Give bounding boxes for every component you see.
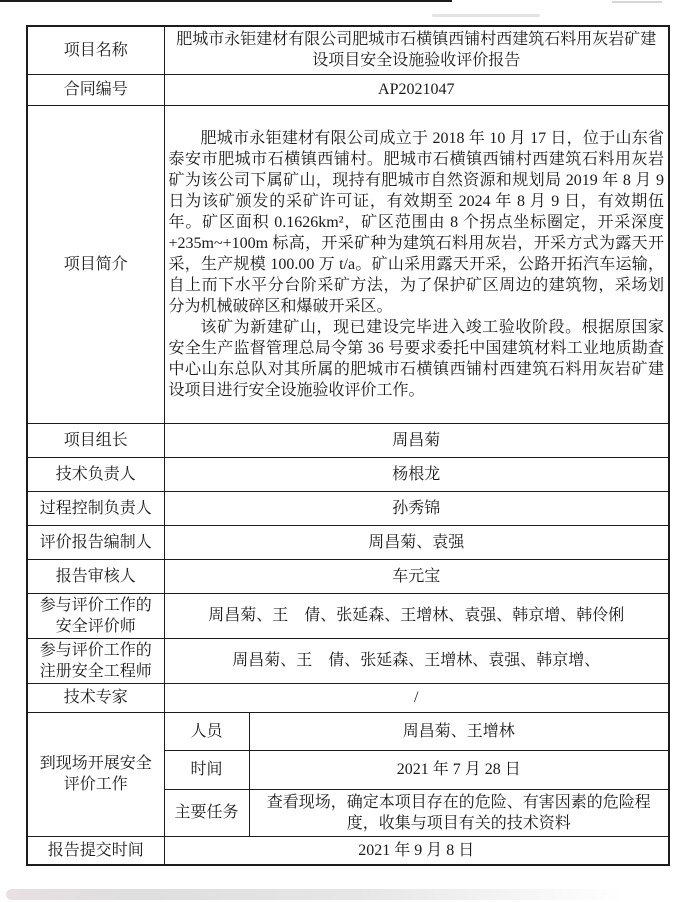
value-project-intro: 肥城市永钜建材有限公司成立于 2018 年 10 月 17 日，位于山东省泰安市… <box>164 105 669 423</box>
row-label-report-reviewer: 报告审核人 <box>27 559 164 593</box>
value-report-reviewer: 车元宝 <box>164 559 669 593</box>
scan-artifact-top-line <box>0 0 452 2</box>
value-site-personnel: 周昌菊、王增林 <box>249 712 669 750</box>
table-row: 技术负责人 杨根龙 <box>27 457 669 491</box>
table-row: 评价报告编制人 周昌菊、袁强 <box>27 525 669 559</box>
row-label-site-time: 时间 <box>164 750 249 789</box>
scan-artifact-smudge <box>612 1 662 3</box>
row-label-submit-time: 报告提交时间 <box>27 836 164 865</box>
value-tech-director: 杨根龙 <box>164 457 669 491</box>
value-project-leader: 周昌菊 <box>164 423 669 457</box>
table-row: 到现场开展安全评价工作 人员 周昌菊、王增林 <box>27 712 669 750</box>
scan-artifact-smudge <box>432 14 540 17</box>
row-label-tech-experts: 技术专家 <box>27 683 164 712</box>
row-label-report-compilers: 评价报告编制人 <box>27 525 164 559</box>
value-process-controller: 孙秀锦 <box>164 491 669 525</box>
row-label-site-personnel: 人员 <box>164 712 249 750</box>
value-submit-time: 2021 年 9 月 8 日 <box>164 836 669 865</box>
row-label-process-controller: 过程控制负责人 <box>27 491 164 525</box>
table-row: 合同编号 AP2021047 <box>27 74 669 105</box>
table-row: 过程控制负责人 孙秀锦 <box>27 491 669 525</box>
intro-paragraph-2: 该矿为新建矿山，现已建设完毕进入竣工验收阶段。根据原国家安全生产监督管理总局令第… <box>169 317 665 401</box>
table-row: 参与评价工作的安全评价师 周昌菊、王 倩、张延森、王增林、袁强、韩京增、韩伶俐 <box>27 593 669 638</box>
row-label-registered-engineers: 参与评价工作的注册安全工程师 <box>27 638 164 683</box>
row-label-site-main-task: 主要任务 <box>164 789 249 836</box>
table-row: 技术专家 / <box>27 683 669 712</box>
value-project-name: 肥城市永钜建材有限公司肥城市石横镇西铺村西建筑石料用灰岩矿建设项目安全设施验收评… <box>164 26 669 74</box>
row-label-contract-no: 合同编号 <box>27 74 164 105</box>
value-report-compilers: 周昌菊、袁强 <box>164 525 669 559</box>
value-site-time: 2021 年 7 月 28 日 <box>249 750 669 789</box>
intro-paragraph-1: 肥城市永钜建材有限公司成立于 2018 年 10 月 17 日，位于山东省泰安市… <box>169 128 665 317</box>
table-row: 项目名称 肥城市永钜建材有限公司肥城市石横镇西铺村西建筑石料用灰岩矿建设项目安全… <box>27 26 669 74</box>
table-row: 项目简介 肥城市永钜建材有限公司成立于 2018 年 10 月 17 日，位于山… <box>27 105 669 423</box>
table-row: 参与评价工作的注册安全工程师 周昌菊、王 倩、张延森、王增林、袁强、韩京增、 <box>27 638 669 683</box>
value-site-main-task: 查看现场，确定本项目存在的危险、有害因素的危险程度，收集与项目有关的技术资料 <box>249 789 669 836</box>
row-label-project-leader: 项目组长 <box>27 423 164 457</box>
value-contract-no: AP2021047 <box>164 74 669 105</box>
table-row: 项目组长 周昌菊 <box>27 423 669 457</box>
row-label-tech-director: 技术负责人 <box>27 457 164 491</box>
scan-artifact-bottom-shadow <box>6 889 648 900</box>
row-label-project-intro: 项目简介 <box>27 105 164 423</box>
project-info-table: 项目名称 肥城市永钜建材有限公司肥城市石横镇西铺村西建筑石料用灰岩矿建设项目安全… <box>26 25 670 866</box>
table-row: 报告审核人 车元宝 <box>27 559 669 593</box>
value-registered-engineers: 周昌菊、王 倩、张延森、王增林、袁强、韩京增、 <box>164 638 669 683</box>
row-label-safety-assessors: 参与评价工作的安全评价师 <box>27 593 164 638</box>
value-safety-assessors: 周昌菊、王 倩、张延森、王增林、袁强、韩京增、韩伶俐 <box>164 593 669 638</box>
table-row: 报告提交时间 2021 年 9 月 8 日 <box>27 836 669 865</box>
row-label-site-work: 到现场开展安全评价工作 <box>27 712 164 836</box>
value-tech-experts: / <box>164 683 669 712</box>
row-label-project-name: 项目名称 <box>27 26 164 74</box>
